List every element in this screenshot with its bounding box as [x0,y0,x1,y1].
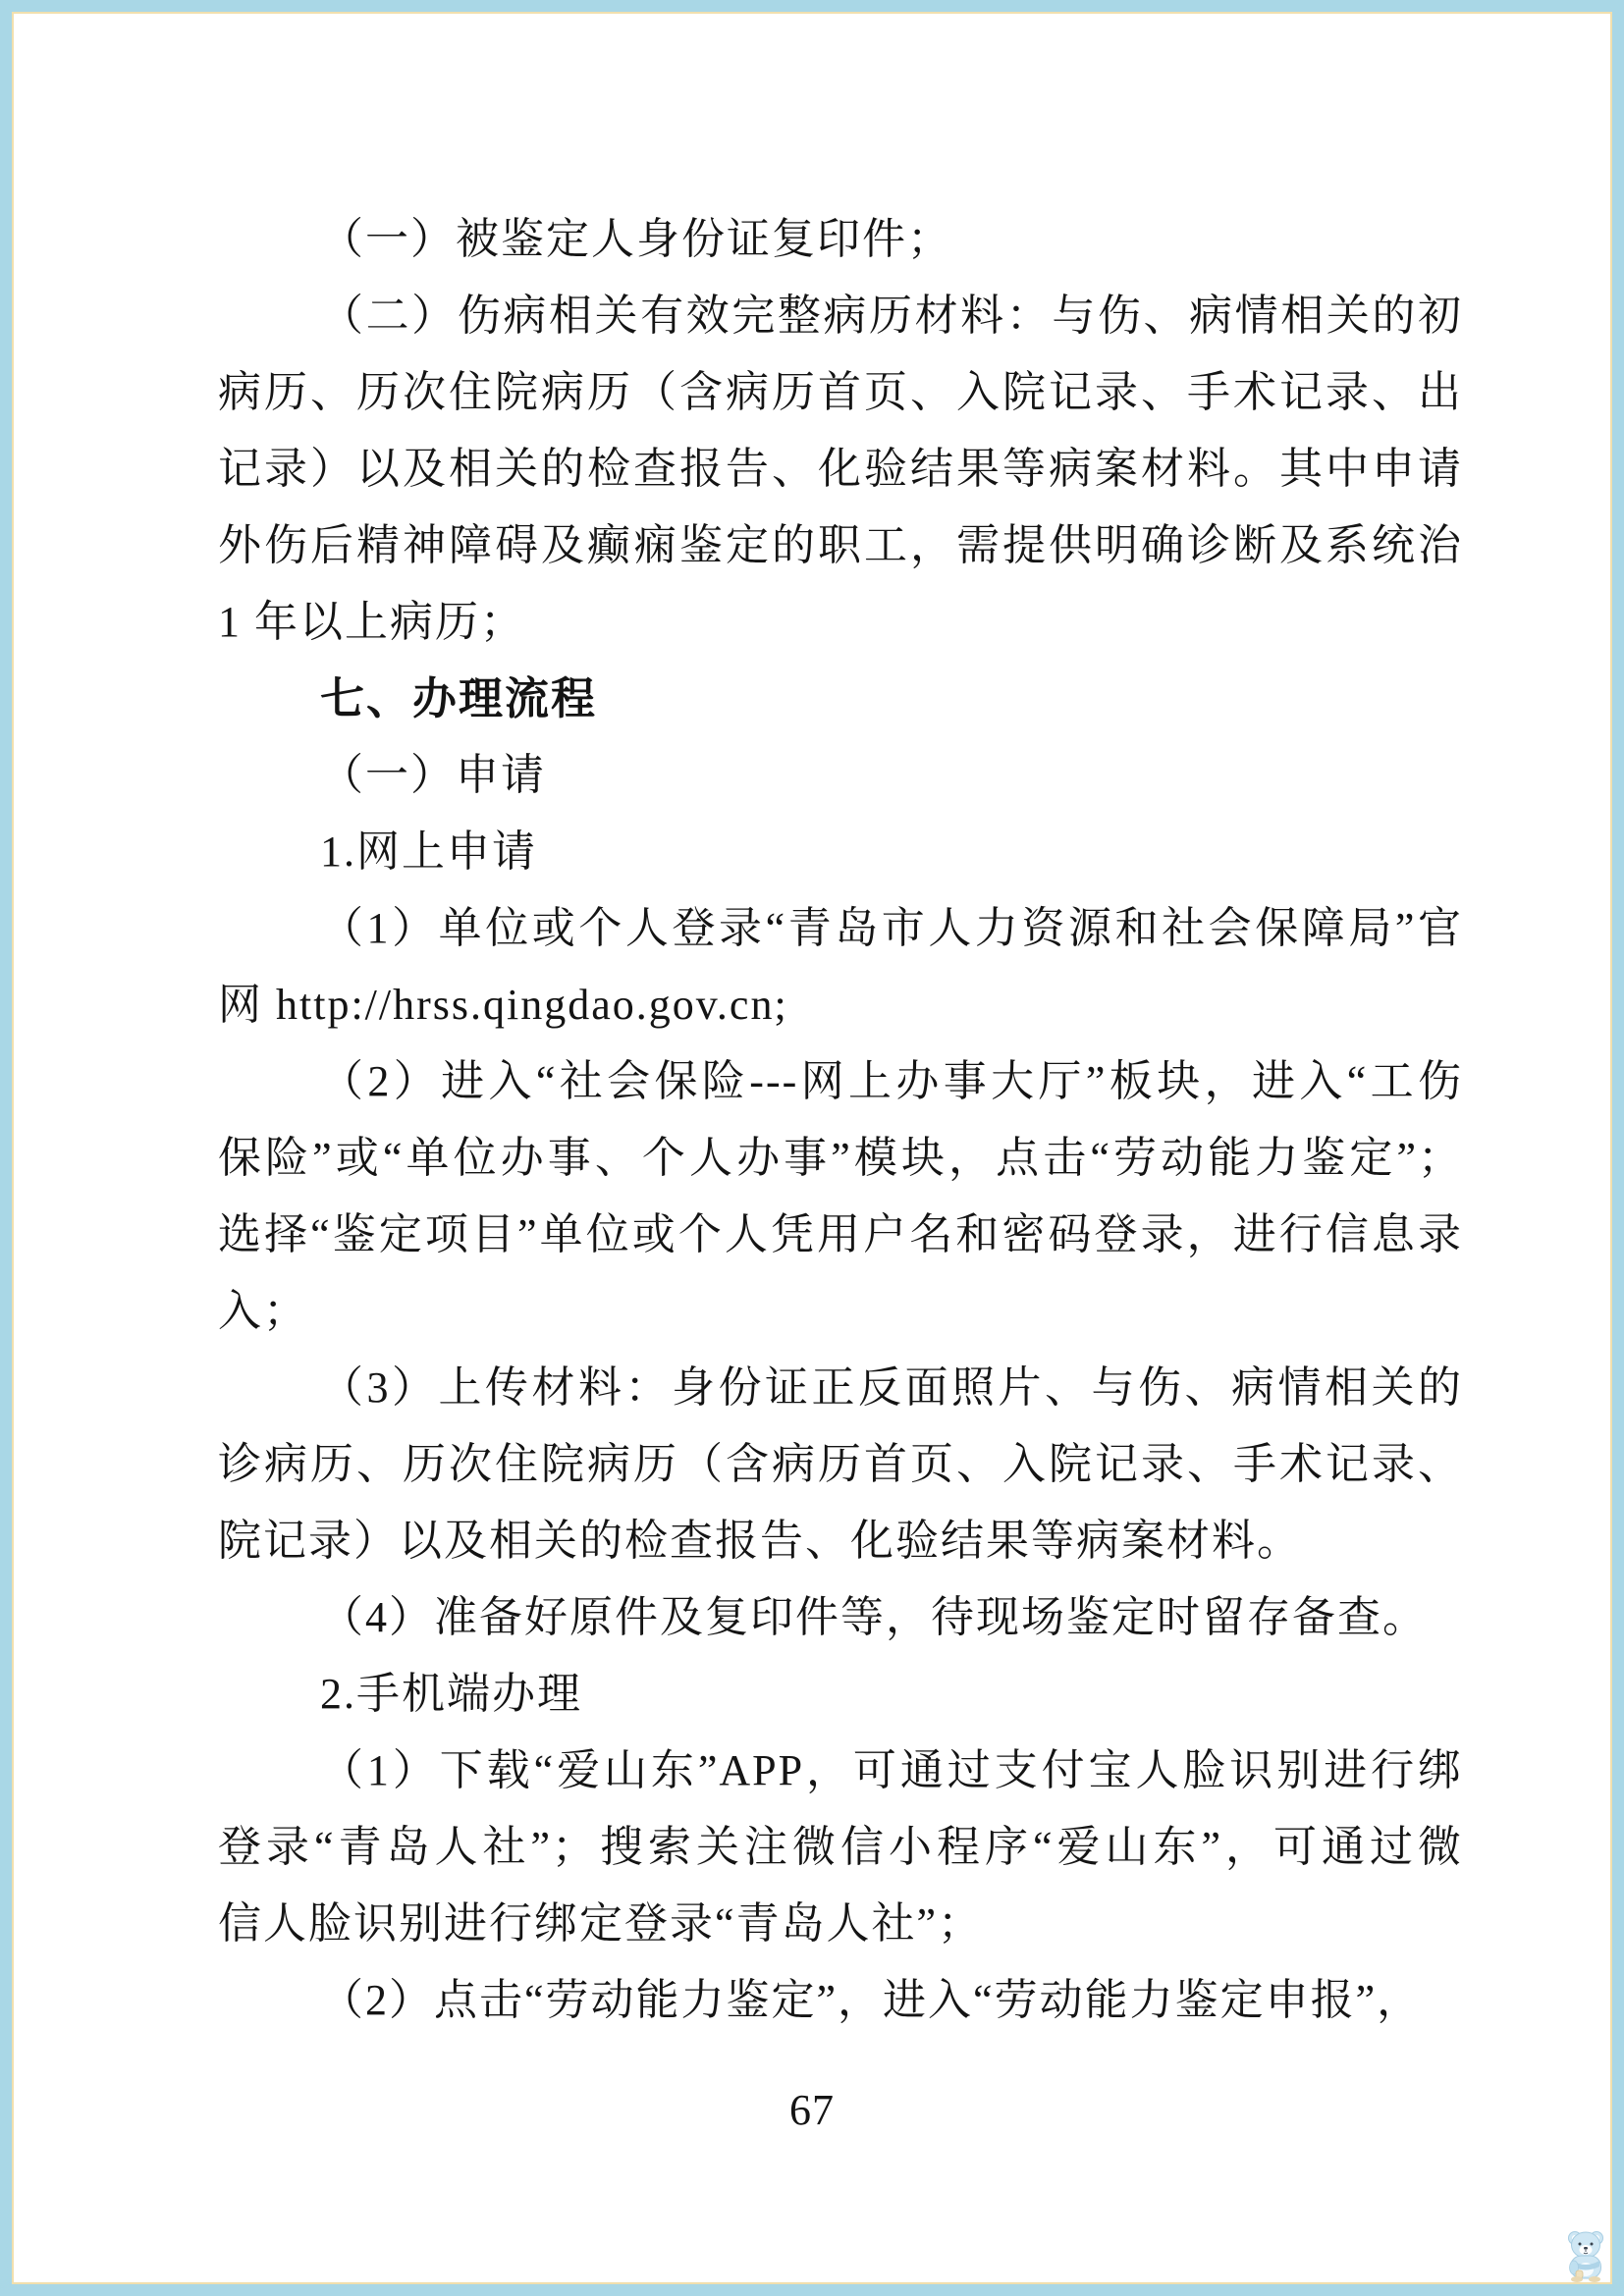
doc-line-22: 登录“青岛人社”；搜索关注微信小程序“爱山东”，可通过微 [218,1809,1463,1886]
doc-line-3: 病历、历次住院病历（含病历首页、入院记录、手术记录、出院 [218,354,1463,431]
doc-line-6: 1 年以上病历； [218,584,1463,661]
doc-line-23: 信人脸识别进行绑定登录“青岛人社”； [218,1886,1463,1962]
document-page: { "page": { "number": "67", "frame_color… [0,0,1624,2296]
doc-line-18: 院记录）以及相关的检查报告、化验结果等病案材料。 [218,1503,1463,1579]
doc-line-9: 1.网上申请 [218,814,1463,890]
doc-line-1: （一）被鉴定人身份证复印件； [218,201,1463,278]
document-body: （一）被鉴定人身份证复印件； （二）伤病相关有效完整病历材料：与伤、病情相关的初… [218,201,1463,2039]
doc-line-16: （3）上传材料：身份证正反面照片、与伤、病情相关的初 [218,1350,1463,1426]
doc-line-17: 诊病历、历次住院病历（含病历首页、入院记录、手术记录、出 [218,1426,1463,1503]
teddy-bear-icon [1563,2227,1608,2282]
doc-line-21: （1）下载“爱山东”APP，可通过支付宝人脸识别进行绑定 [218,1733,1463,1809]
doc-line-2: （二）伤病相关有效完整病历材料：与伤、病情相关的初诊 [218,278,1463,354]
doc-line-15: 入； [218,1273,1463,1350]
doc-line-24: （2）点击“劳动能力鉴定”，进入“劳动能力鉴定申报”， [218,1962,1463,2039]
doc-line-8: （一）申请 [218,737,1463,814]
doc-line-5: 外伤后精神障碍及癫痫鉴定的职工，需提供明确诊断及系统治疗 [218,507,1463,584]
page-number: 67 [14,2085,1610,2135]
doc-line-4: 记录）以及相关的检查报告、化验结果等病案材料。其中申请脑 [218,431,1463,507]
doc-line-13: 保险”或“单位办事、个人办事”模块，点击“劳动能力鉴定”； [218,1120,1463,1197]
doc-line-20: 2.手机端办理 [218,1656,1463,1733]
page-frame: （一）被鉴定人身份证复印件； （二）伤病相关有效完整病历材料：与伤、病情相关的初… [12,12,1612,2284]
doc-line-14: 选择“鉴定项目”单位或个人凭用户名和密码登录，进行信息录 [218,1197,1463,1273]
doc-line-19: （4）准备好原件及复印件等，待现场鉴定时留存备查。 [218,1579,1463,1656]
section-heading: 七、办理流程 [218,661,1463,737]
doc-line-10: （1）单位或个人登录“青岛市人力资源和社会保障局”官 [218,890,1463,967]
doc-line-12: （2）进入“社会保险---网上办事大厅”板块，进入“工伤 [218,1043,1463,1120]
doc-line-11: 网 http://hrss.qingdao.gov.cn; [218,967,1463,1043]
